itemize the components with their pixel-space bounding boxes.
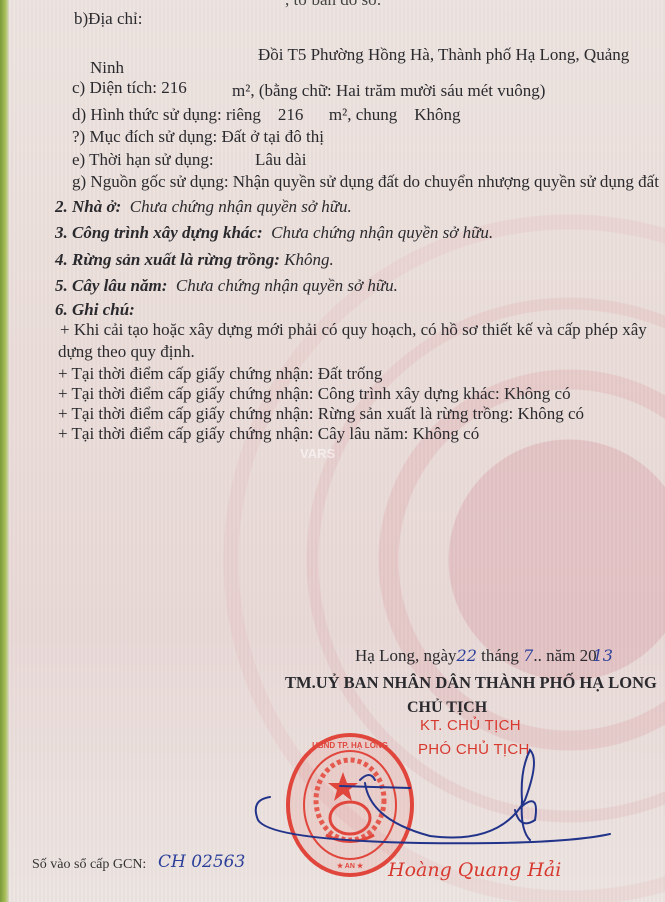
signature-overlay [0, 0, 665, 902]
signer-name: Hoàng Quang Hải [388, 860, 561, 880]
signature-icon [256, 750, 610, 843]
